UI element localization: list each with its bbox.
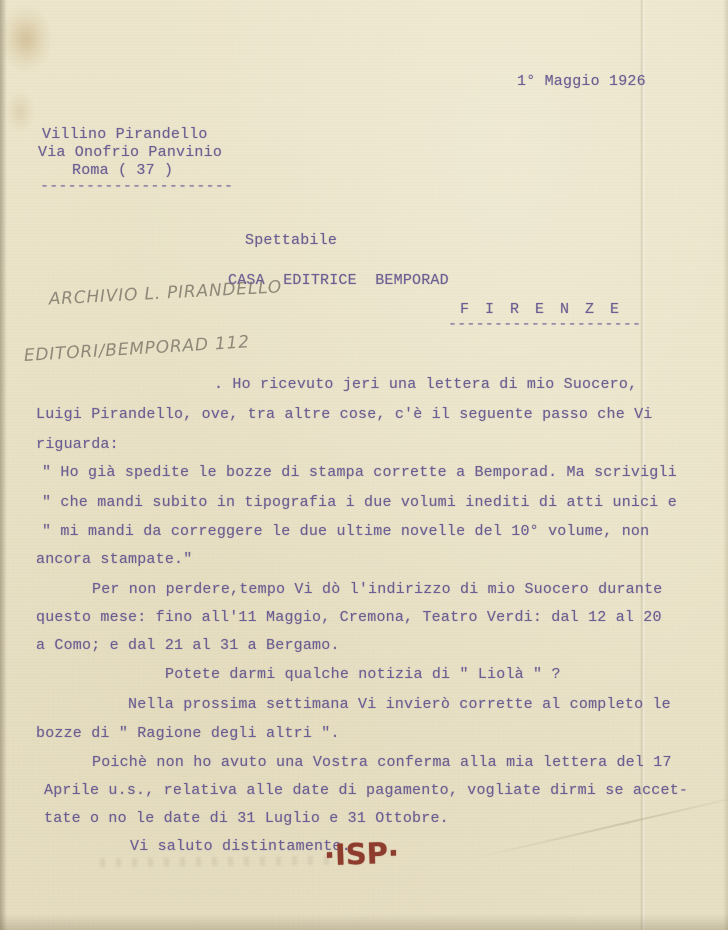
isp-stamp: ·ISP· (324, 839, 400, 871)
paper-stain-top-left (0, 6, 52, 72)
body-line: bozze di " Ragione degli altri ". (36, 725, 340, 743)
body-line: Poichè non ho avuto una Vostra conferma … (92, 754, 672, 772)
body-line: a Como; e dal 21 al 31 a Bergamo. (36, 637, 340, 655)
body-line: . Ho ricevuto jeri una lettera di mio Su… (214, 376, 637, 394)
body-line: " mi mandi da correggere le due ultime n… (42, 523, 649, 541)
body-line: Nella prossima settimana Vi invierò corr… (128, 696, 671, 714)
recipient-company: CASA EDITRICE BEMPORAD (228, 272, 449, 290)
body-line: tate o no le date di 31 Luglio e 31 Otto… (44, 810, 449, 828)
letter-page: 1° Maggio 1926 Villino Pirandello Via On… (0, 0, 728, 930)
body-line: ancora stampate." (36, 551, 192, 569)
scan-edge-left (0, 0, 7, 930)
paper-stain-left (6, 92, 34, 132)
body-line: " che mandi subito in tipografia i due v… (42, 494, 677, 512)
recipient-rule: --------------------- (448, 316, 641, 334)
scan-edge-right (723, 0, 728, 930)
closing-line: Vi saluto distintamente. (130, 838, 351, 856)
body-line: riguarda: (36, 436, 119, 454)
pencil-smudge (100, 856, 335, 867)
scan-edge-bottom (0, 914, 728, 930)
body-line: questo mese: fino all'11 Maggio, Cremona… (36, 609, 662, 627)
sender-rule: --------------------- (40, 178, 233, 196)
body-line: Potete darmi qualche notizia di " Liolà … (165, 666, 561, 684)
letter-date: 1° Maggio 1926 (517, 73, 646, 91)
body-line: Aprile u.s., relativa alle date di pagam… (44, 782, 688, 800)
body-line: Luigi Pirandello, ove, tra altre cose, c… (36, 406, 653, 424)
sender-name-line: Villino Pirandello (42, 126, 208, 144)
recipient-salutation: Spettabile (245, 232, 337, 250)
body-line: " Ho già spedite le bozze di stampa corr… (42, 464, 677, 482)
sender-street-line: Via Onofrio Panvinio (38, 144, 222, 162)
body-line: Per non perdere,tempo Vi dò l'indirizzo … (92, 581, 663, 599)
annotation-line-2: EDITORI/BEMPORAD 112 (23, 327, 282, 370)
